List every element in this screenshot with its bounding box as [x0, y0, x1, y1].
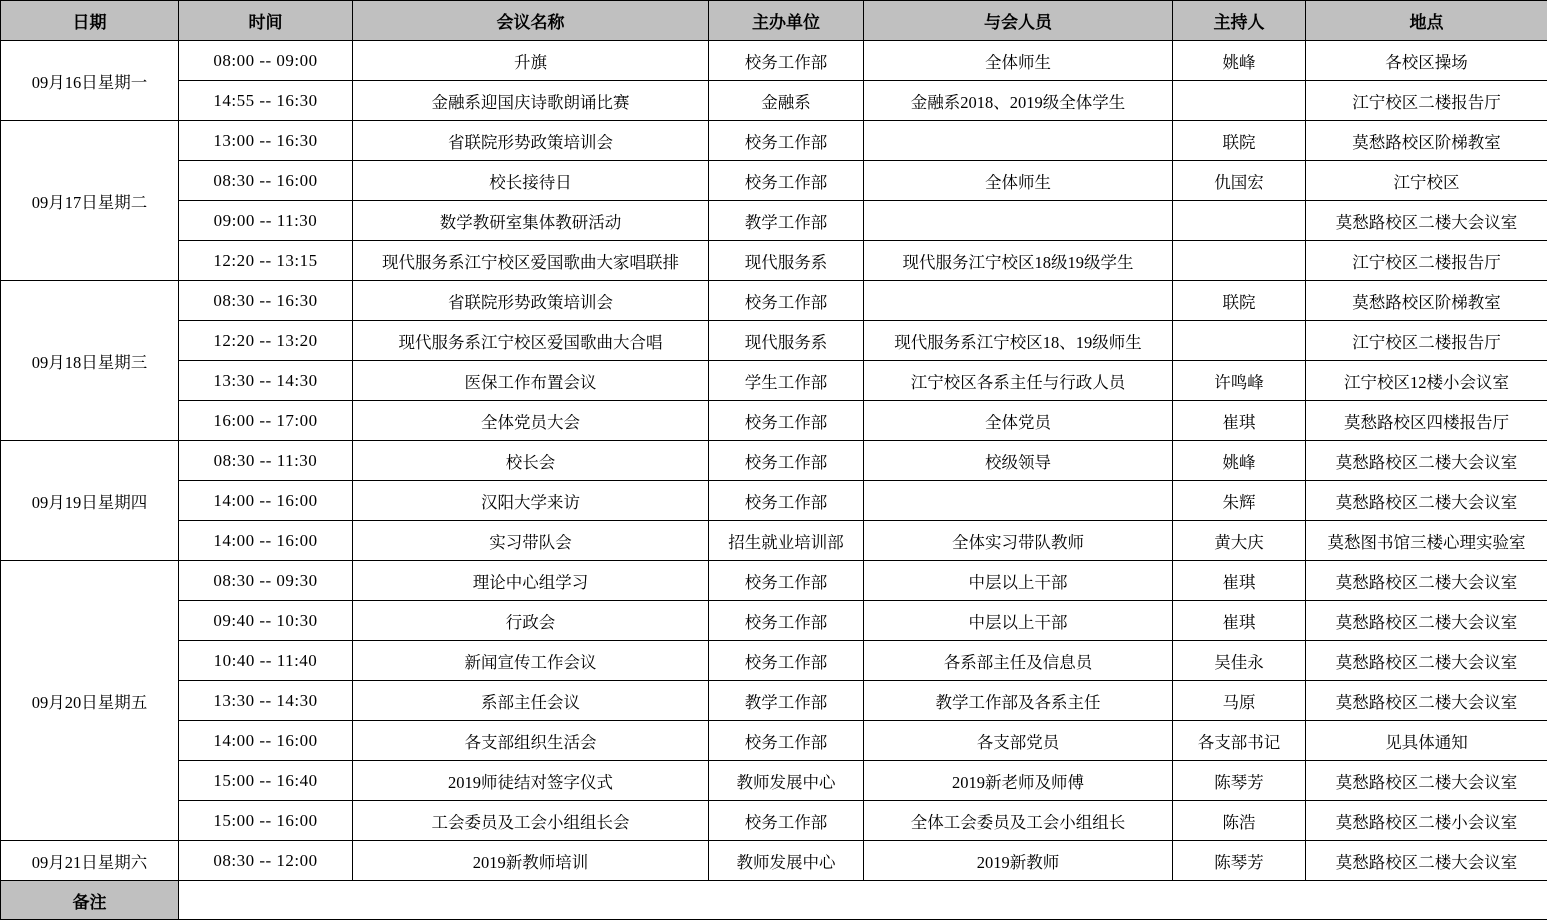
participants-cell: 2019新老师及师傅 — [864, 761, 1173, 801]
time-cell: 10:40 -- 11:40 — [179, 641, 353, 681]
participants-cell: 全体师生 — [864, 41, 1173, 81]
header-row: 日期时间会议名称主办单位与会人员主持人地点 — [1, 1, 1547, 41]
location-cell: 莫愁路校区阶梯教室 — [1306, 281, 1547, 321]
host-cell: 崔琪 — [1173, 561, 1306, 601]
meeting-name-cell: 工会委员及工会小组组长会 — [353, 801, 709, 841]
organizer-cell: 教学工作部 — [709, 681, 864, 721]
table-row: 15:00 -- 16:402019师徒结对签字仪式教师发展中心2019新老师及… — [1, 761, 1547, 801]
remark-label-cell: 备注 — [1, 881, 179, 920]
time-cell: 14:00 -- 16:00 — [179, 521, 353, 561]
participants-cell: 现代服务系江宁校区18、19级师生 — [864, 321, 1173, 361]
meeting-name-cell: 校长接待日 — [353, 161, 709, 201]
participants-cell — [864, 201, 1173, 241]
organizer-cell: 校务工作部 — [709, 721, 864, 761]
date-cell: 09月16日星期一 — [1, 41, 179, 121]
host-cell: 陈浩 — [1173, 801, 1306, 841]
date-cell: 09月17日星期二 — [1, 121, 179, 281]
time-cell: 13:00 -- 16:30 — [179, 121, 353, 161]
participants-cell: 2019新教师 — [864, 841, 1173, 881]
time-cell: 14:55 -- 16:30 — [179, 81, 353, 121]
host-cell: 姚峰 — [1173, 41, 1306, 81]
remark-value-cell — [179, 881, 1547, 920]
time-cell: 12:20 -- 13:20 — [179, 321, 353, 361]
participants-cell: 现代服务江宁校区18级19级学生 — [864, 241, 1173, 281]
meeting-name-cell: 各支部组织生活会 — [353, 721, 709, 761]
host-cell — [1173, 201, 1306, 241]
organizer-cell: 校务工作部 — [709, 401, 864, 441]
location-cell: 莫愁路校区二楼大会议室 — [1306, 841, 1547, 881]
participants-cell: 金融系2018、2019级全体学生 — [864, 81, 1173, 121]
table-row: 14:00 -- 16:00汉阳大学来访校务工作部朱辉莫愁路校区二楼大会议室 — [1, 481, 1547, 521]
column-header: 主办单位 — [709, 1, 864, 41]
meeting-name-cell: 省联院形势政策培训会 — [353, 281, 709, 321]
location-cell: 莫愁路校区二楼大会议室 — [1306, 481, 1547, 521]
meeting-name-cell: 数学教研室集体教研活动 — [353, 201, 709, 241]
location-cell: 江宁校区 — [1306, 161, 1547, 201]
location-cell: 莫愁图书馆三楼心理实验室 — [1306, 521, 1547, 561]
location-cell: 江宁校区二楼报告厅 — [1306, 321, 1547, 361]
time-cell: 08:30 -- 09:30 — [179, 561, 353, 601]
organizer-cell: 教师发展中心 — [709, 841, 864, 881]
organizer-cell: 校务工作部 — [709, 481, 864, 521]
time-cell: 13:30 -- 14:30 — [179, 361, 353, 401]
location-cell: 莫愁路校区二楼大会议室 — [1306, 561, 1547, 601]
participants-cell: 江宁校区各系主任与行政人员 — [864, 361, 1173, 401]
meeting-name-cell: 2019新教师培训 — [353, 841, 709, 881]
host-cell: 姚峰 — [1173, 441, 1306, 481]
participants-cell: 全体师生 — [864, 161, 1173, 201]
host-cell: 崔琪 — [1173, 601, 1306, 641]
participants-cell: 校级领导 — [864, 441, 1173, 481]
time-cell: 08:30 -- 16:30 — [179, 281, 353, 321]
organizer-cell: 校务工作部 — [709, 641, 864, 681]
table-row: 09月21日星期六08:30 -- 12:002019新教师培训教师发展中心20… — [1, 841, 1547, 881]
host-cell: 崔琪 — [1173, 401, 1306, 441]
host-cell — [1173, 321, 1306, 361]
organizer-cell: 教师发展中心 — [709, 761, 864, 801]
time-cell: 08:00 -- 09:00 — [179, 41, 353, 81]
location-cell: 江宁校区二楼报告厅 — [1306, 81, 1547, 121]
table-row: 13:30 -- 14:30系部主任会议教学工作部教学工作部及各系主任马原莫愁路… — [1, 681, 1547, 721]
meeting-name-cell: 省联院形势政策培训会 — [353, 121, 709, 161]
table-row: 09:40 -- 10:30行政会校务工作部中层以上干部崔琪莫愁路校区二楼大会议… — [1, 601, 1547, 641]
location-cell: 莫愁路校区二楼大会议室 — [1306, 601, 1547, 641]
meeting-name-cell: 2019师徒结对签字仪式 — [353, 761, 709, 801]
time-cell: 09:40 -- 10:30 — [179, 601, 353, 641]
date-cell: 09月20日星期五 — [1, 561, 179, 841]
meeting-name-cell: 现代服务系江宁校区爱国歌曲大家唱联排 — [353, 241, 709, 281]
time-cell: 15:00 -- 16:40 — [179, 761, 353, 801]
table-row: 08:30 -- 16:00校长接待日校务工作部全体师生仇国宏江宁校区 — [1, 161, 1547, 201]
participants-cell: 全体党员 — [864, 401, 1173, 441]
host-cell: 马原 — [1173, 681, 1306, 721]
location-cell: 莫愁路校区二楼大会议室 — [1306, 761, 1547, 801]
meeting-name-cell: 升旗 — [353, 41, 709, 81]
column-header: 与会人员 — [864, 1, 1173, 41]
location-cell: 各校区操场 — [1306, 41, 1547, 81]
column-header: 地点 — [1306, 1, 1547, 41]
schedule-page: 日期时间会议名称主办单位与会人员主持人地点 09月16日星期一08:00 -- … — [0, 0, 1547, 921]
organizer-cell: 校务工作部 — [709, 561, 864, 601]
date-cell: 09月19日星期四 — [1, 441, 179, 561]
host-cell: 吴佳永 — [1173, 641, 1306, 681]
schedule-body: 09月16日星期一08:00 -- 09:00升旗校务工作部全体师生姚峰各校区操… — [1, 41, 1547, 920]
table-row: 09月19日星期四08:30 -- 11:30校长会校务工作部校级领导姚峰莫愁路… — [1, 441, 1547, 481]
column-header: 主持人 — [1173, 1, 1306, 41]
participants-cell — [864, 121, 1173, 161]
host-cell: 联院 — [1173, 281, 1306, 321]
location-cell: 莫愁路校区二楼大会议室 — [1306, 441, 1547, 481]
organizer-cell: 学生工作部 — [709, 361, 864, 401]
location-cell: 江宁校区12楼小会议室 — [1306, 361, 1547, 401]
meeting-name-cell: 全体党员大会 — [353, 401, 709, 441]
time-cell: 14:00 -- 16:00 — [179, 481, 353, 521]
organizer-cell: 校务工作部 — [709, 601, 864, 641]
organizer-cell: 校务工作部 — [709, 281, 864, 321]
remark-row: 备注 — [1, 881, 1547, 920]
host-cell: 仇国宏 — [1173, 161, 1306, 201]
organizer-cell: 校务工作部 — [709, 121, 864, 161]
participants-cell — [864, 481, 1173, 521]
participants-cell — [864, 281, 1173, 321]
location-cell: 江宁校区二楼报告厅 — [1306, 241, 1547, 281]
participants-cell: 教学工作部及各系主任 — [864, 681, 1173, 721]
table-row: 14:00 -- 16:00各支部组织生活会校务工作部各支部党员各支部书记见具体… — [1, 721, 1547, 761]
table-row: 09:00 -- 11:30数学教研室集体教研活动教学工作部莫愁路校区二楼大会议… — [1, 201, 1547, 241]
host-cell: 朱辉 — [1173, 481, 1306, 521]
meeting-name-cell: 新闻宣传工作会议 — [353, 641, 709, 681]
meeting-name-cell: 汉阳大学来访 — [353, 481, 709, 521]
organizer-cell: 招生就业培训部 — [709, 521, 864, 561]
organizer-cell: 校务工作部 — [709, 41, 864, 81]
time-cell: 08:30 -- 16:00 — [179, 161, 353, 201]
time-cell: 12:20 -- 13:15 — [179, 241, 353, 281]
table-row: 15:00 -- 16:00工会委员及工会小组组长会校务工作部全体工会委员及工会… — [1, 801, 1547, 841]
table-row: 09月20日星期五08:30 -- 09:30理论中心组学习校务工作部中层以上干… — [1, 561, 1547, 601]
participants-cell: 全体工会委员及工会小组组长 — [864, 801, 1173, 841]
host-cell: 黄大庆 — [1173, 521, 1306, 561]
table-row: 09月18日星期三08:30 -- 16:30省联院形势政策培训会校务工作部联院… — [1, 281, 1547, 321]
time-cell: 16:00 -- 17:00 — [179, 401, 353, 441]
location-cell: 莫愁路校区阶梯教室 — [1306, 121, 1547, 161]
host-cell — [1173, 81, 1306, 121]
time-cell: 14:00 -- 16:00 — [179, 721, 353, 761]
host-cell: 各支部书记 — [1173, 721, 1306, 761]
organizer-cell: 校务工作部 — [709, 441, 864, 481]
organizer-cell: 教学工作部 — [709, 201, 864, 241]
location-cell: 见具体通知 — [1306, 721, 1547, 761]
date-cell: 09月18日星期三 — [1, 281, 179, 441]
column-header: 日期 — [1, 1, 179, 41]
time-cell: 09:00 -- 11:30 — [179, 201, 353, 241]
host-cell: 陈琴芳 — [1173, 841, 1306, 881]
location-cell: 莫愁路校区二楼小会议室 — [1306, 801, 1547, 841]
table-row: 14:00 -- 16:00实习带队会招生就业培训部全体实习带队教师黄大庆莫愁图… — [1, 521, 1547, 561]
meeting-name-cell: 校长会 — [353, 441, 709, 481]
host-cell — [1173, 241, 1306, 281]
time-cell: 08:30 -- 12:00 — [179, 841, 353, 881]
host-cell: 许鸣峰 — [1173, 361, 1306, 401]
participants-cell: 各系部主任及信息员 — [864, 641, 1173, 681]
meeting-name-cell: 金融系迎国庆诗歌朗诵比赛 — [353, 81, 709, 121]
meeting-name-cell: 理论中心组学习 — [353, 561, 709, 601]
location-cell: 莫愁路校区四楼报告厅 — [1306, 401, 1547, 441]
participants-cell: 全体实习带队教师 — [864, 521, 1173, 561]
host-cell: 联院 — [1173, 121, 1306, 161]
table-row: 09月16日星期一08:00 -- 09:00升旗校务工作部全体师生姚峰各校区操… — [1, 41, 1547, 81]
table-row: 12:20 -- 13:15现代服务系江宁校区爱国歌曲大家唱联排现代服务系现代服… — [1, 241, 1547, 281]
table-row: 16:00 -- 17:00全体党员大会校务工作部全体党员崔琪莫愁路校区四楼报告… — [1, 401, 1547, 441]
host-cell: 陈琴芳 — [1173, 761, 1306, 801]
meeting-name-cell: 实习带队会 — [353, 521, 709, 561]
time-cell: 13:30 -- 14:30 — [179, 681, 353, 721]
organizer-cell: 金融系 — [709, 81, 864, 121]
organizer-cell: 校务工作部 — [709, 801, 864, 841]
time-cell: 08:30 -- 11:30 — [179, 441, 353, 481]
table-row: 09月17日星期二13:00 -- 16:30省联院形势政策培训会校务工作部联院… — [1, 121, 1547, 161]
date-cell: 09月21日星期六 — [1, 841, 179, 881]
location-cell: 莫愁路校区二楼大会议室 — [1306, 201, 1547, 241]
table-row: 14:55 -- 16:30金融系迎国庆诗歌朗诵比赛金融系金融系2018、201… — [1, 81, 1547, 121]
meeting-name-cell: 行政会 — [353, 601, 709, 641]
meeting-name-cell: 现代服务系江宁校区爱国歌曲大合唱 — [353, 321, 709, 361]
time-cell: 15:00 -- 16:00 — [179, 801, 353, 841]
organizer-cell: 校务工作部 — [709, 161, 864, 201]
column-header: 会议名称 — [353, 1, 709, 41]
meeting-name-cell: 系部主任会议 — [353, 681, 709, 721]
column-header: 时间 — [179, 1, 353, 41]
participants-cell: 各支部党员 — [864, 721, 1173, 761]
table-row: 13:30 -- 14:30医保工作布置会议学生工作部江宁校区各系主任与行政人员… — [1, 361, 1547, 401]
location-cell: 莫愁路校区二楼大会议室 — [1306, 641, 1547, 681]
participants-cell: 中层以上干部 — [864, 601, 1173, 641]
participants-cell: 中层以上干部 — [864, 561, 1173, 601]
location-cell: 莫愁路校区二楼大会议室 — [1306, 681, 1547, 721]
schedule-table: 日期时间会议名称主办单位与会人员主持人地点 09月16日星期一08:00 -- … — [0, 0, 1547, 920]
meeting-name-cell: 医保工作布置会议 — [353, 361, 709, 401]
organizer-cell: 现代服务系 — [709, 241, 864, 281]
organizer-cell: 现代服务系 — [709, 321, 864, 361]
table-row: 12:20 -- 13:20现代服务系江宁校区爱国歌曲大合唱现代服务系现代服务系… — [1, 321, 1547, 361]
table-row: 10:40 -- 11:40新闻宣传工作会议校务工作部各系部主任及信息员吴佳永莫… — [1, 641, 1547, 681]
